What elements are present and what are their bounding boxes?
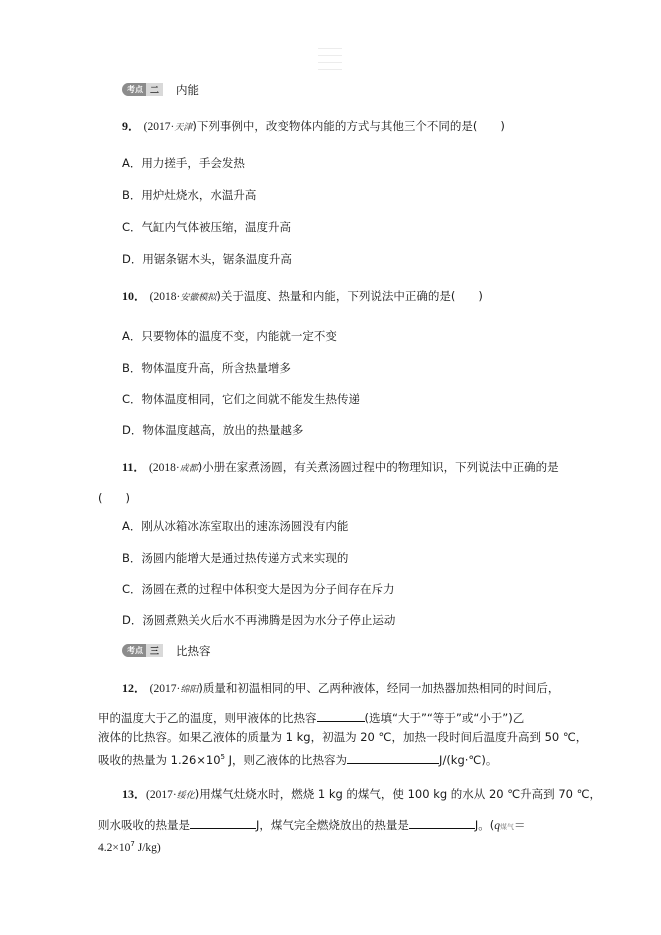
option-letter: D． — [122, 423, 142, 437]
question-11-option-c[interactable]: C．汤圆在煮的过程中体积变大是因为分子间存在斥力 — [122, 581, 395, 597]
question-number: 13 — [122, 787, 134, 801]
question-10-option-a[interactable]: A．只要物体的温度不变，内能就一定不变 — [122, 328, 337, 344]
answer-blank-compare[interactable] — [317, 709, 365, 722]
question-text: 4.2×10 — [98, 842, 130, 854]
unit-text: J/(kg·℃)。 — [439, 753, 497, 767]
question-13-line-2: 则水吸收的热量是J，煤气完全燃烧放出的热量是J。(q煤气＝ — [98, 816, 526, 835]
option-text: 物体温度相同，它们之间就不能发生热传递 — [142, 392, 361, 406]
question-12-line-2: 甲的温度大于乙的温度，则甲液体的比热容(选填“大于”“等于”或“小于”)乙 — [98, 709, 524, 726]
question-11-option-a[interactable]: A．刚从冰箱冰冻室取出的速冻汤圆没有内能 — [122, 518, 348, 534]
question-9-stem: 9． (2017·天津)下列事例中，改变物体内能的方式与其他三个不同的是( ) — [122, 118, 505, 135]
question-text: )用煤气灶烧水时，燃烧 1 kg 的煤气，使 100 kg 的水从 20 ℃升高… — [195, 787, 601, 801]
question-number: 11 — [122, 460, 133, 474]
option-letter: A． — [122, 519, 141, 533]
question-source-year: (2017· — [146, 789, 177, 801]
question-source-place: 天津 — [174, 122, 192, 132]
question-text: )小册在家煮汤圆，有关煮汤圆过程中的物理知识，下列说法中正确的是 — [198, 460, 559, 474]
badge-label: 考点 — [122, 644, 146, 657]
question-11-option-b[interactable]: B．汤圆内能增大是通过热传递方式来实现的 — [122, 550, 348, 566]
option-letter: C． — [122, 582, 142, 596]
option-letter: C． — [122, 392, 142, 406]
section-badge-internal-energy: 考点 二 内能 — [122, 83, 199, 96]
section-badge-specific-heat: 考点 三 比热容 — [122, 644, 211, 657]
question-10-option-c[interactable]: C．物体温度相同，它们之间就不能发生热传递 — [122, 391, 360, 407]
question-9-option-b[interactable]: B．用炉灶烧水，水温升高 — [122, 187, 256, 203]
option-letter: B． — [122, 188, 141, 202]
question-10-option-d[interactable]: D．物体温度越高，放出的热量越多 — [122, 422, 303, 438]
question-9-option-d[interactable]: D．用锯条锯木头，锯条温度升高 — [122, 251, 292, 267]
option-letter: D． — [122, 252, 142, 266]
question-text: J，煤气完全燃烧放出的热量是 — [256, 818, 409, 832]
option-text: 物体温度升高，所含热量增多 — [141, 361, 291, 375]
question-10-stem: 10． (2018·安徽模拟)关于温度、热量和内能，下列说法中正确的是( ) — [122, 288, 483, 305]
question-source-year: (2017· — [144, 121, 175, 133]
answer-blank-heat-absorbed[interactable] — [190, 816, 256, 829]
question-11-option-d[interactable]: D．汤圆煮熟关火后水不再沸腾是因为水分子停止运动 — [122, 612, 395, 628]
question-text: J。( — [475, 818, 494, 832]
question-source-year: (2018· — [149, 462, 180, 474]
question-source-year: (2017· — [150, 683, 181, 695]
question-text: J，则乙液体的比热容为 — [225, 753, 347, 767]
unit-text: J/kg) — [135, 842, 161, 854]
option-letter: D． — [122, 613, 142, 627]
option-letter: B． — [122, 361, 141, 375]
option-text: 用力搓手，手会发热 — [141, 156, 245, 170]
option-text: 刚从冰箱冰冻室取出的速冻汤圆没有内能 — [141, 519, 348, 533]
badge-number: 二 — [146, 83, 163, 96]
question-text: )关于温度、热量和内能，下列说法中正确的是( ) — [216, 289, 482, 303]
symbol-subscript: 煤气 — [500, 823, 514, 831]
question-9-option-c[interactable]: C．气缸内气体被压缩，温度升高 — [122, 219, 291, 235]
question-source-year: (2018· — [150, 291, 181, 303]
question-11-answer-paren: ( ) — [98, 490, 130, 506]
question-11-stem: 11． (2018·成都)小册在家煮汤圆，有关煮汤圆过程中的物理知识，下列说法中… — [122, 459, 559, 476]
question-source-place: 绥化 — [177, 790, 195, 800]
option-text: 物体温度越高，放出的热量越多 — [142, 423, 303, 437]
option-text: 汤圆内能增大是通过热传递方式来实现的 — [141, 551, 348, 565]
question-12-line-1: 12． (2017·绵阳)质量和初温相同的甲、乙两种液体，经同一加热器加热相同的… — [122, 680, 559, 697]
question-9-option-a[interactable]: A．用力搓手，手会发热 — [122, 155, 245, 171]
option-letter: A． — [122, 329, 141, 343]
option-text: 用锯条锯木头，锯条温度升高 — [142, 252, 292, 266]
question-text: )质量和初温相同的甲、乙两种液体，经同一加热器加热相同的时间后， — [198, 681, 559, 695]
badge-number: 三 — [146, 644, 163, 657]
option-text: 汤圆在煮的过程中体积变大是因为分子间存在斥力 — [142, 582, 395, 596]
section-title: 内能 — [176, 82, 199, 98]
equals-sign: ＝ — [514, 818, 526, 832]
option-letter: A． — [122, 156, 141, 170]
question-source-place: 成都 — [180, 463, 198, 473]
question-text: 甲的温度大于乙的温度，则甲液体的比热容 — [98, 711, 317, 725]
answer-blank-heat-released[interactable] — [409, 816, 475, 829]
question-12-line-4: 吸收的热量为 1.26×105 J，则乙液体的比热容为J/(kg·℃)。 — [98, 749, 497, 768]
question-source-place: 安徽模拟 — [180, 292, 216, 302]
question-source-place: 绵阳 — [180, 684, 198, 694]
question-10-option-b[interactable]: B．物体温度升高，所含热量增多 — [122, 360, 291, 376]
question-13-line-3: 4.2×107 J/kg) — [98, 836, 161, 856]
question-number: 12 — [122, 681, 134, 695]
badge-label: 考点 — [122, 83, 146, 96]
option-letter: C． — [122, 220, 142, 234]
answer-blank-specific-heat[interactable] — [347, 751, 439, 764]
question-text: (选填“大于”“等于”或“小于”)乙 — [365, 711, 525, 725]
question-text: )下列事例中，改变物体内能的方式与其他三个不同的是( ) — [192, 119, 504, 133]
section-title: 比热容 — [176, 643, 211, 659]
question-13-line-1: 13．(2017·绥化)用煤气灶烧水时，燃烧 1 kg 的煤气，使 100 kg… — [122, 786, 601, 803]
option-text: 汤圆煮熟关火后水不再沸腾是因为水分子停止运动 — [142, 613, 395, 627]
question-12-line-3: 液体的比热容。如果乙液体的质量为 1 kg，初温为 20 ℃，加热一段时间后温度… — [98, 729, 587, 745]
page-header-mark — [318, 48, 342, 74]
option-text: 气缸内气体被压缩，温度升高 — [142, 220, 292, 234]
option-letter: B． — [122, 551, 141, 565]
question-number: 10 — [122, 289, 134, 303]
option-text: 用炉灶烧水，水温升高 — [141, 188, 256, 202]
option-text: 只要物体的温度不变，内能就一定不变 — [141, 329, 337, 343]
question-text: 吸收的热量为 1.26×10 — [98, 753, 221, 767]
question-text: 则水吸收的热量是 — [98, 818, 190, 832]
